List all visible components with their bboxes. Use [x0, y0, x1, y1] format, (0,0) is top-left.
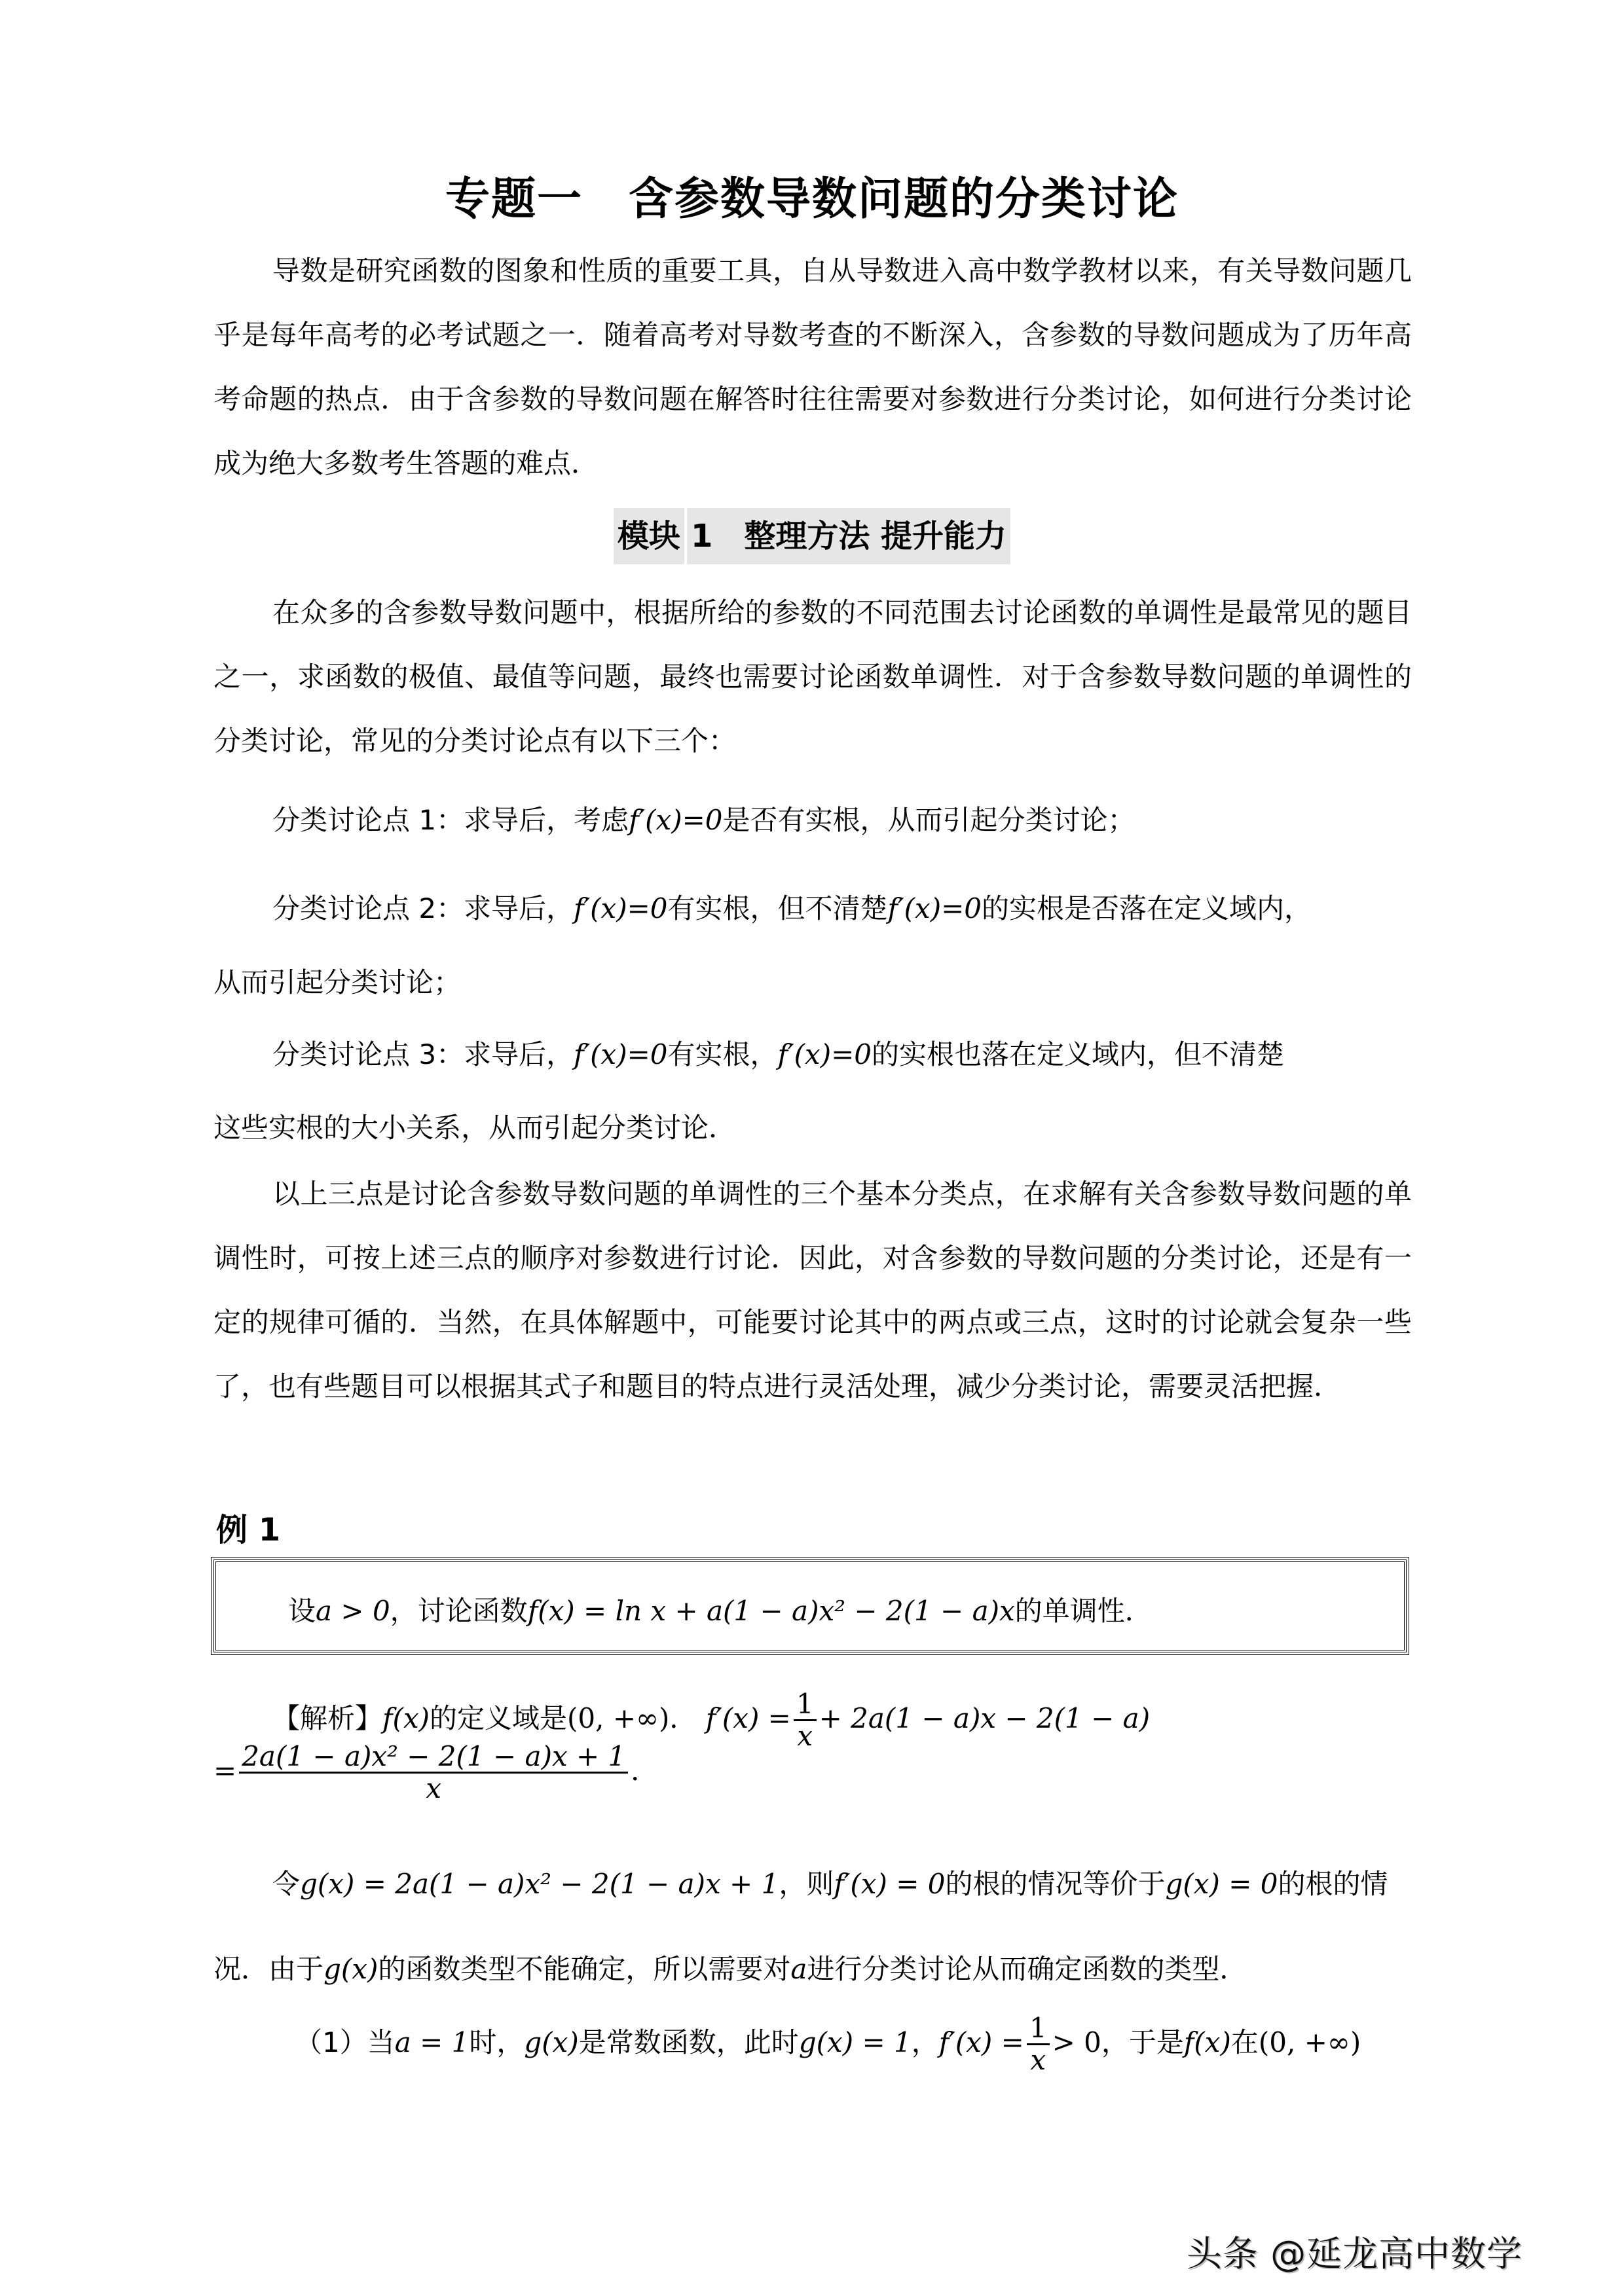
discussion-point-3-continued: 这些实根的大小关系，从而引起分类讨论．: [213, 1106, 1412, 1146]
title-main: 含参数导数问题的分类讨论: [629, 173, 1179, 225]
solution-line-2: =2a(1 − a)x² − 2(1 − a)x + 1x．: [213, 1741, 1412, 1804]
formula: f′(x)=0: [629, 804, 722, 836]
section-intro-paragraph: 在众多的含参数导数问题中，根据所给的参数的不同范围去讨论函数的单调性是最常见的题…: [213, 581, 1412, 773]
page-title: 专题一含参数导数问题的分类讨论: [0, 164, 1624, 227]
discussion-point-1: 分类讨论点 1：求导后，考虑f′(x)=0是否有实根，从而引起分类讨论；: [272, 799, 1412, 838]
solution-case-1: （1）当a = 1时，g(x)是常数函数，此时g(x) = 1，f′(x) =1…: [295, 2013, 1493, 2075]
formula: f′(x)=0: [574, 892, 667, 924]
watermark: 头条 @延龙高中数学: [1187, 2226, 1522, 2276]
formula: f′(x)=0: [888, 892, 982, 924]
discussion-point-2: 分类讨论点 2：求导后，f′(x)=0有实根，但不清楚f′(x)=0的实根是否落…: [272, 887, 1412, 926]
example-label: 例 1: [216, 1504, 280, 1550]
module-heading-part2: 1 整理方法 提升能力: [687, 508, 1010, 564]
formula: a > 0: [316, 1595, 390, 1627]
formula: f′(x)=0: [778, 1038, 872, 1070]
solution-tag: 【解析】: [272, 1702, 382, 1734]
fraction: 1x: [1027, 2013, 1050, 2075]
formula: f′(x)=0: [574, 1038, 667, 1070]
problem-box: 设a > 0，讨论函数f(x) = ln x + a(1 − a)x² − 2(…: [213, 1559, 1407, 1652]
intro-paragraph: 导数是研究函数的图象和性质的重要工具，自从导数进入高中数学教材以来，有关导数问题…: [213, 239, 1412, 496]
discussion-point-2-continued: 从而引起分类讨论；: [213, 961, 1412, 1000]
summary-paragraph: 以上三点是讨论含参数导数问题的单调性的三个基本分类点，在求解有关含参数导数问题的…: [213, 1162, 1412, 1419]
fraction: 2a(1 − a)x² − 2(1 − a)x + 1x: [239, 1741, 628, 1804]
title-prefix: 专题一: [445, 173, 583, 225]
module-heading: 模块1 整理方法 提升能力: [0, 508, 1624, 564]
solution-line-4: 况．由于g(x)的函数类型不能确定，所以需要对a进行分类讨论从而确定函数的类型．: [213, 1948, 1412, 1987]
module-heading-part1: 模块: [614, 508, 684, 564]
formula: f(x) = ln x + a(1 − a)x² − 2(1 − a)x: [528, 1595, 1015, 1627]
discussion-point-3: 分类讨论点 3：求导后，f′(x)=0有实根，f′(x)=0的实根也落在定义域内…: [272, 1033, 1412, 1072]
problem-statement: 设a > 0，讨论函数f(x) = ln x + a(1 − a)x² − 2(…: [288, 1590, 1153, 1629]
solution-line-3: 令g(x) = 2a(1 − a)x² − 2(1 − a)x + 1，则f′(…: [272, 1863, 1412, 1902]
